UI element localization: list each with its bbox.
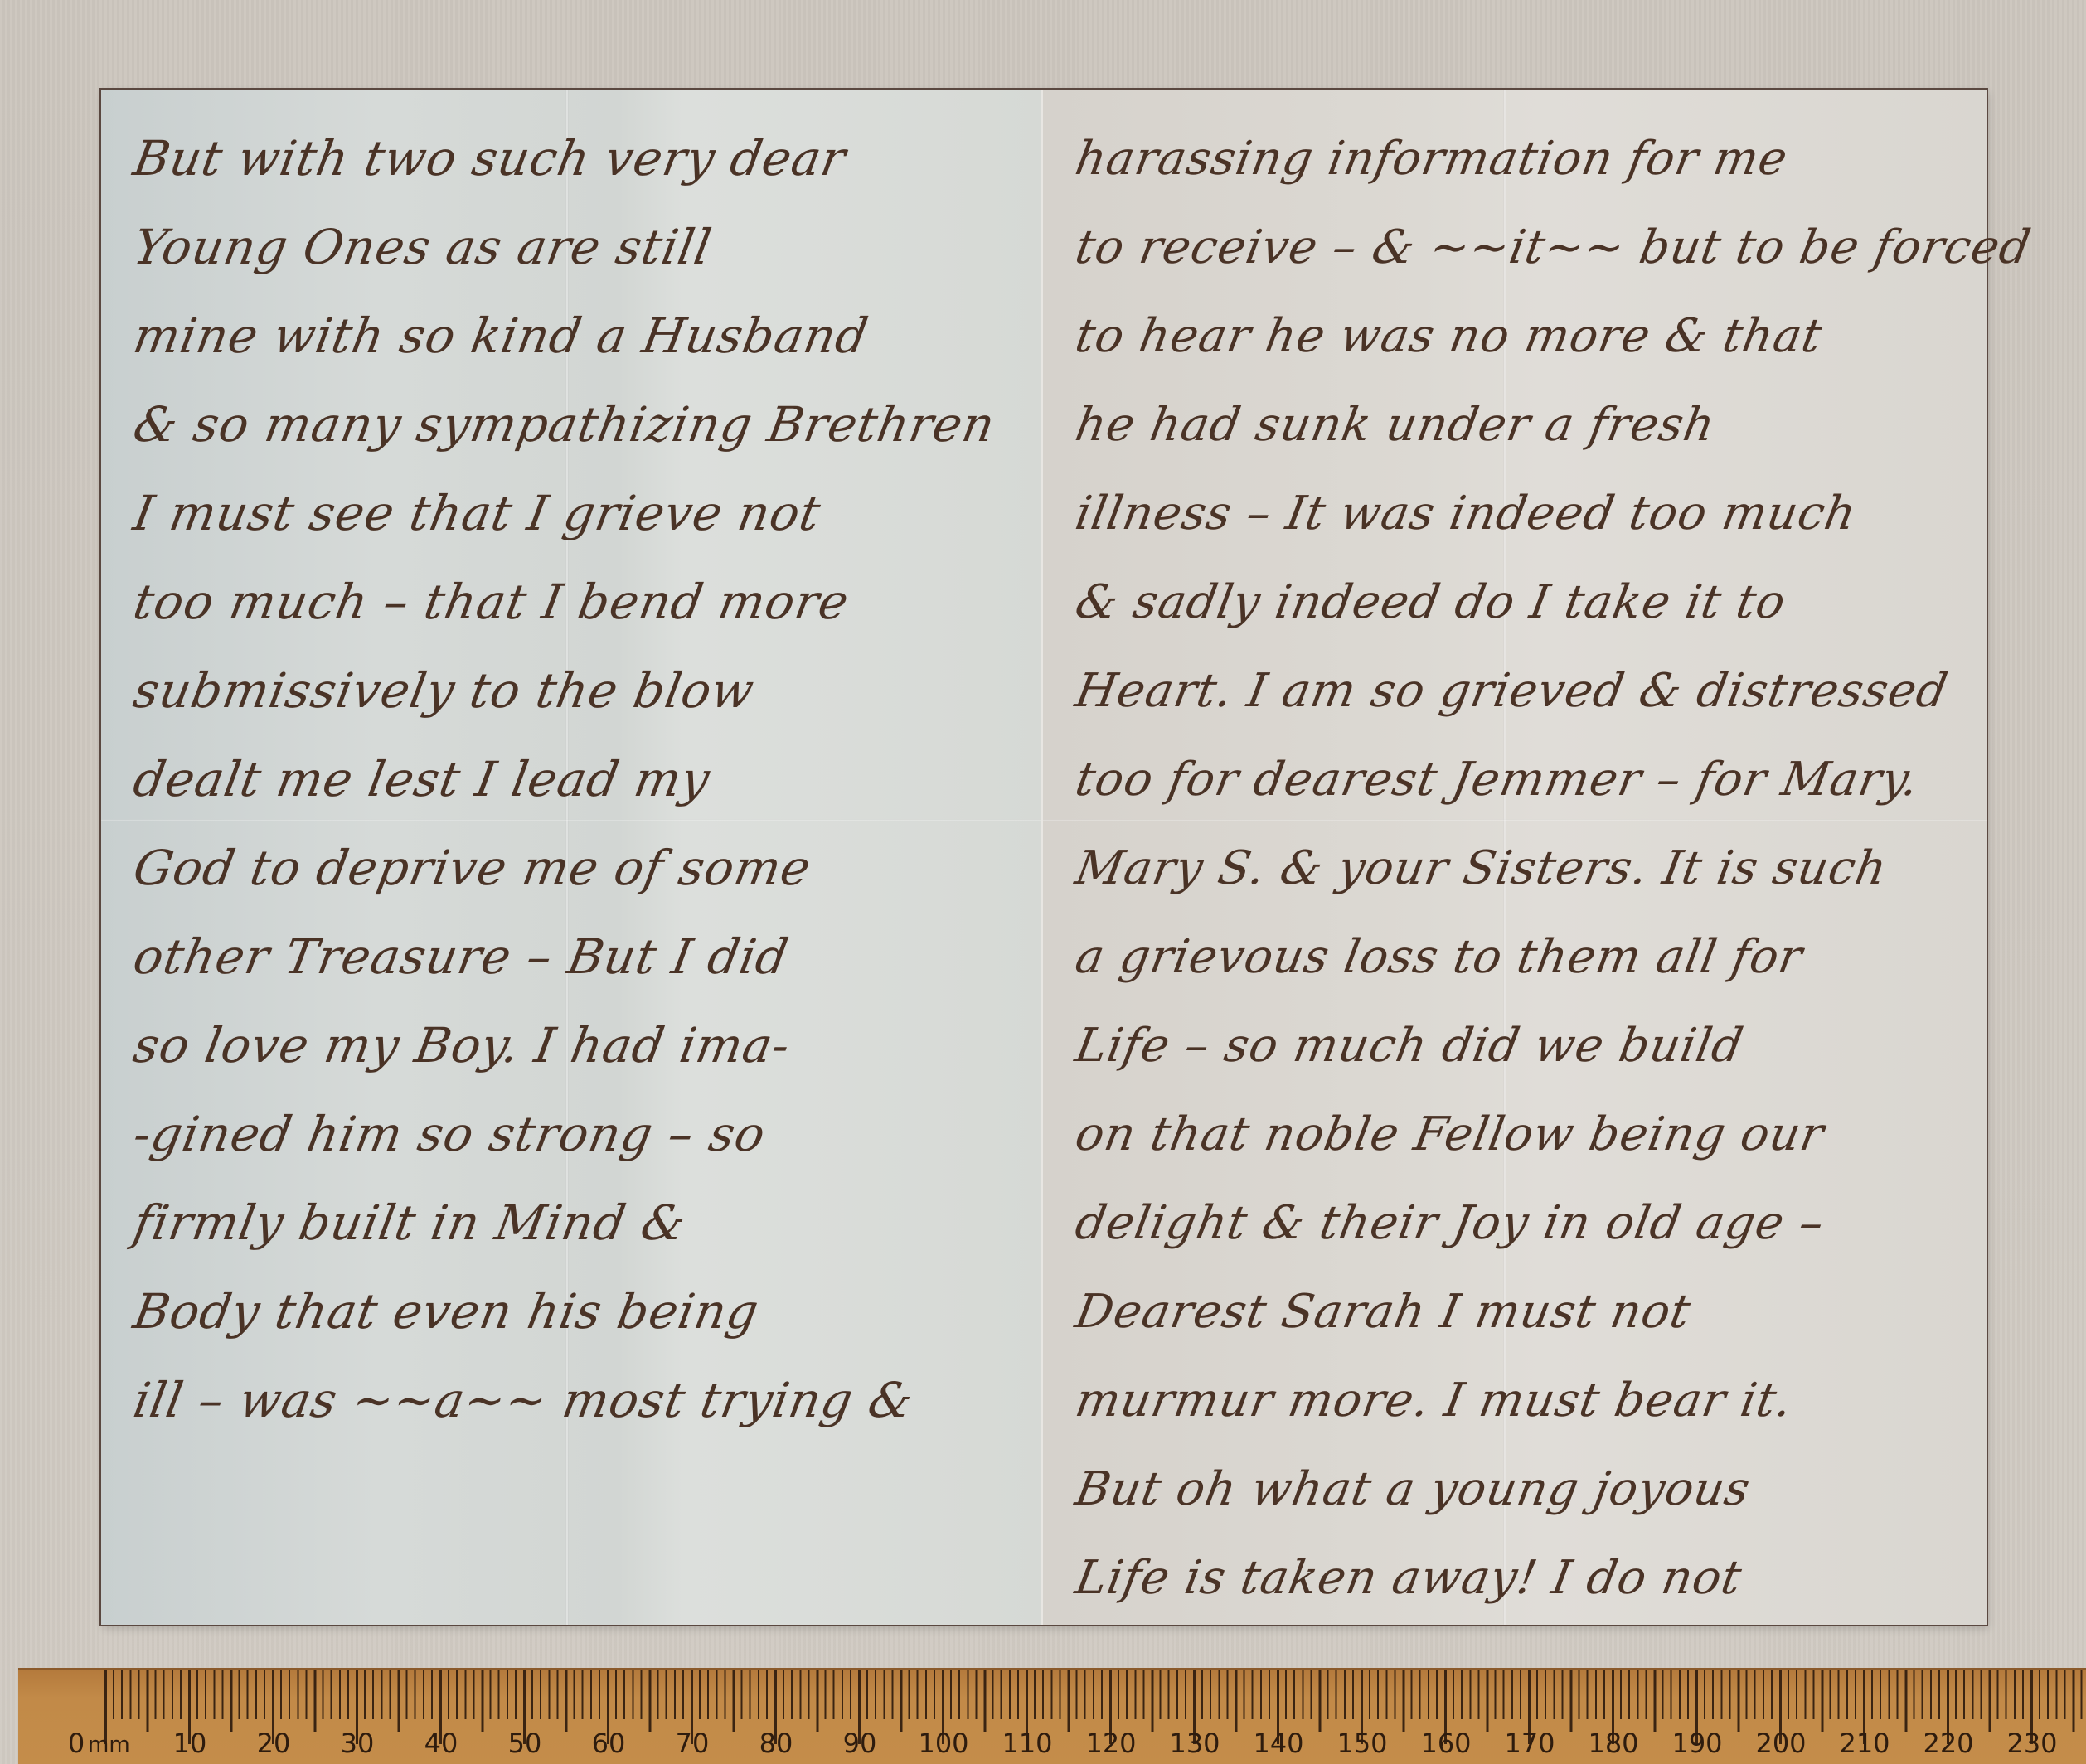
handwritten-line: to receive – & ~~it~~ but to be forced bbox=[1069, 203, 1970, 292]
handwritten-line: dealt me lest I lead my bbox=[127, 735, 1024, 824]
handwritten-line: Life is taken away! I do not bbox=[1069, 1534, 1970, 1622]
handwritten-line: murmur more. I must bear it. bbox=[1069, 1356, 1970, 1445]
handwritten-line: Dearest Sarah I must not bbox=[1069, 1267, 1970, 1356]
ruler-tick-label: 50 bbox=[508, 1728, 542, 1759]
ruler-tick-label: 150 bbox=[1336, 1728, 1387, 1759]
ruler-tick-label: 70 bbox=[676, 1728, 710, 1759]
handwritten-line: & so many sympathizing Brethren bbox=[127, 380, 1024, 469]
handwritten-line: God to deprive me of some bbox=[127, 824, 1024, 913]
ruler-tick-label: 190 bbox=[1671, 1728, 1722, 1759]
ruler-tick-label: 140 bbox=[1253, 1728, 1303, 1759]
handwritten-line: Body that even his being bbox=[127, 1267, 1024, 1356]
handwritten-line: submissively to the blow bbox=[127, 647, 1024, 735]
handwritten-line: Heart. I am so grieved & distressed bbox=[1069, 647, 1970, 735]
handwritten-line: delight & their Joy in old age – bbox=[1069, 1179, 1970, 1267]
handwritten-line: ill – was ~~a~~ most trying & bbox=[127, 1356, 1024, 1445]
ruler-tick-label: 0 bbox=[68, 1728, 85, 1759]
ruler-tick-label: 110 bbox=[1002, 1728, 1052, 1759]
handwritten-line: I must see that I grieve not bbox=[127, 469, 1024, 558]
ruler-tick-label: 100 bbox=[918, 1728, 968, 1759]
handwritten-line: -gined him so strong – so bbox=[127, 1090, 1024, 1179]
ruler-tick-label: 10 bbox=[173, 1728, 207, 1759]
handwritten-line: But with two such very dear bbox=[127, 114, 1024, 203]
handwritten-line: so love my Boy. I had ima- bbox=[127, 1001, 1024, 1090]
handwritten-line: a grievous loss to them all for bbox=[1069, 913, 1970, 1001]
ruler-labels: 0102030405060708090100110120130140150160… bbox=[18, 1728, 2086, 1764]
ruler-tick-label: 230 bbox=[2006, 1728, 2057, 1759]
ruler-tick-label: 20 bbox=[257, 1728, 291, 1759]
handwritten-line: But oh what a young joyous bbox=[1069, 1445, 1970, 1534]
ruler-tick-label: 40 bbox=[424, 1728, 458, 1759]
ruler-tick-label: 90 bbox=[843, 1728, 877, 1759]
ruler-tick-label: 120 bbox=[1085, 1728, 1136, 1759]
ruler-tick-label: 180 bbox=[1588, 1728, 1638, 1759]
handwritten-line: other Treasure – But I did bbox=[127, 913, 1024, 1001]
left-page-text: But with two such very dear Young Ones a… bbox=[134, 114, 1016, 1445]
ruler-tick-label: 170 bbox=[1504, 1728, 1555, 1759]
handwritten-line: too much – that I bend more bbox=[127, 558, 1024, 647]
ruler-tick-label: 130 bbox=[1169, 1728, 1220, 1759]
handwritten-line: to hear he was no more & that bbox=[1069, 292, 1970, 380]
measuring-ruler: mm 0102030405060708090100110120130140150… bbox=[18, 1668, 2086, 1764]
handwritten-line: Mary S. & your Sisters. It is such bbox=[1069, 824, 1970, 913]
handwritten-line: Young Ones as are still bbox=[127, 203, 1024, 292]
ruler-tick-label: 220 bbox=[1923, 1728, 1973, 1759]
handwritten-line: firmly built in Mind & bbox=[127, 1179, 1024, 1267]
handwritten-line: he had sunk under a fresh bbox=[1069, 380, 1970, 469]
handwritten-line: illness – It was indeed too much bbox=[1069, 469, 1970, 558]
ruler-tick-label: 60 bbox=[592, 1728, 626, 1759]
handwritten-line: harassing information for me bbox=[1069, 114, 1970, 203]
handwritten-line: too for dearest Jemmer – for Mary. bbox=[1069, 735, 1970, 824]
ruler-tick-label: 160 bbox=[1420, 1728, 1471, 1759]
ruler-tick-label: 30 bbox=[341, 1728, 375, 1759]
ruler-tick-label: 80 bbox=[759, 1728, 793, 1759]
letter-sheet: But with two such very dear Young Ones a… bbox=[101, 90, 1987, 1625]
right-page-text: harassing information for me to receive … bbox=[1076, 114, 1962, 1622]
ruler-tick-label: 200 bbox=[1755, 1728, 1806, 1759]
right-page: harassing information for me to receive … bbox=[1041, 90, 1987, 1625]
handwritten-line: mine with so kind a Husband bbox=[127, 292, 1024, 380]
handwritten-line: Life – so much did we build bbox=[1069, 1001, 1970, 1090]
handwritten-line: & sadly indeed do I take it to bbox=[1069, 558, 1970, 647]
left-page: But with two such very dear Young Ones a… bbox=[101, 90, 1041, 1625]
ruler-tick-label: 210 bbox=[1839, 1728, 1890, 1759]
handwritten-line: on that noble Fellow being our bbox=[1069, 1090, 1970, 1179]
